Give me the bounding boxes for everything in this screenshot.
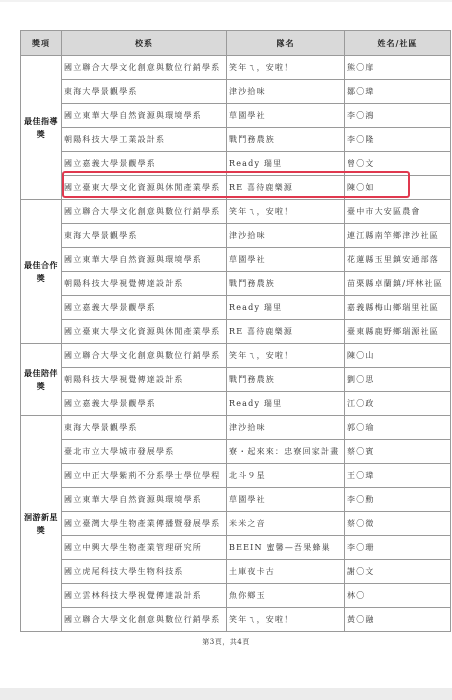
team-cell: 戰鬥務農族: [227, 368, 345, 392]
school-cell: 國立東華大學自然資源與環境學系: [62, 488, 227, 512]
table-row: 國立東華大學自然資源與環境學系草園學社李〇鴻: [21, 104, 451, 128]
header-name: 姓名/社區: [345, 31, 451, 56]
team-cell: 土庫夜卡古: [227, 560, 345, 584]
name-cell: 林〇: [345, 584, 451, 608]
page-number: 第3頁，共4頁: [0, 637, 452, 647]
team-cell: 草園學社: [227, 488, 345, 512]
name-cell: 蔡〇微: [345, 512, 451, 536]
team-cell: 津沙拾味: [227, 224, 345, 248]
table-row: 國立臺灣大學生物產業傳播暨發展學系米米之音蔡〇微: [21, 512, 451, 536]
school-cell: 國立中正大學紫荊不分系學士學位學程: [62, 464, 227, 488]
name-cell: 臺中市大安區農會: [345, 200, 451, 224]
school-cell: 國立嘉義大學景觀學系: [62, 392, 227, 416]
name-cell: 江〇政: [345, 392, 451, 416]
name-cell: 鄒〇瑋: [345, 80, 451, 104]
table-row: 最佳陪伴獎國立聯合大學文化創意與數位行銷學系笑年ㄟ，安啦！陳〇山: [21, 344, 451, 368]
table-row: 國立聯合大學文化創意與數位行銷學系笑年ㄟ，安啦！黃〇融: [21, 608, 451, 632]
table-row: 臺北市立大學城市發展學系寮・起來來：忠寮回家計畫蔡〇賓: [21, 440, 451, 464]
team-cell: RE 喜待鹿樂源: [227, 320, 345, 344]
name-cell: 謝〇文: [345, 560, 451, 584]
table-row: 國立東華大學自然資源與環境學系草園學社花蓮縣玉里鎮安通部落: [21, 248, 451, 272]
table-body: 最佳指導獎國立聯合大學文化創意與數位行銷學系笑年ㄟ，安啦！熊〇扉東海大學景觀學系…: [21, 56, 451, 632]
school-cell: 國立中興大學生物產業管理研究所: [62, 536, 227, 560]
table-row: 國立雲林科技大學視覺傳達設計系魚你鄉玉林〇: [21, 584, 451, 608]
name-cell: 黃〇融: [345, 608, 451, 632]
table-row: 國立中興大學生物產業管理研究所BEEIN 蜜馨—吾果蜂巢李〇珊: [21, 536, 451, 560]
school-cell: 東海大學景觀學系: [62, 224, 227, 248]
table-row: 國立臺東大學文化資源與休閒產業學系RE 喜待鹿樂源臺東縣鹿野鄉瑞源社區: [21, 320, 451, 344]
school-cell: 國立聯合大學文化創意與數位行銷學系: [62, 344, 227, 368]
team-cell: Ready 瑞里: [227, 152, 345, 176]
name-cell: 劉〇思: [345, 368, 451, 392]
school-cell: 朝陽科技大學視覺傳達設計系: [62, 368, 227, 392]
team-cell: Ready 瑞里: [227, 296, 345, 320]
school-cell: 國立聯合大學文化創意與數位行銷學系: [62, 56, 227, 80]
name-cell: 苗栗縣卓蘭鎮/坪林社區: [345, 272, 451, 296]
table-row: 國立嘉義大學景觀學系Ready 瑞里江〇政: [21, 392, 451, 416]
name-cell: 嘉義縣梅山鄉瑞里社區: [345, 296, 451, 320]
team-cell: 笑年ㄟ，安啦！: [227, 344, 345, 368]
name-cell: 蔡〇賓: [345, 440, 451, 464]
name-cell: 陳〇山: [345, 344, 451, 368]
school-cell: 國立臺東大學文化資源與休閒產業學系: [62, 176, 227, 200]
name-cell: 郭〇瑜: [345, 416, 451, 440]
team-cell: BEEIN 蜜馨—吾果蜂巢: [227, 536, 345, 560]
table-row: 國立臺東大學文化資源與休閒產業學系RE 喜待鹿樂源陳〇如: [21, 176, 451, 200]
table-row: 最佳合作獎國立聯合大學文化創意與數位行銷學系笑年ㄟ，安啦！臺中市大安區農會: [21, 200, 451, 224]
school-cell: 國立東華大學自然資源與環境學系: [62, 104, 227, 128]
name-cell: 李〇勳: [345, 488, 451, 512]
header-school: 校系: [62, 31, 227, 56]
school-cell: 國立虎尾科技大學生物科技系: [62, 560, 227, 584]
table-header: 獎項 校系 隊名 姓名/社區: [21, 31, 451, 56]
school-cell: 國立嘉義大學景觀學系: [62, 296, 227, 320]
table-row: 國立嘉義大學景觀學系Ready 瑞里嘉義縣梅山鄉瑞里社區: [21, 296, 451, 320]
school-cell: 國立臺灣大學生物產業傳播暨發展學系: [62, 512, 227, 536]
school-cell: 國立聯合大學文化創意與數位行銷學系: [62, 608, 227, 632]
team-cell: 草園學社: [227, 104, 345, 128]
school-cell: 國立雲林科技大學視覺傳達設計系: [62, 584, 227, 608]
name-cell: 王〇瑋: [345, 464, 451, 488]
award-category: 最佳陪伴獎: [21, 344, 62, 416]
name-cell: 陳〇如: [345, 176, 451, 200]
team-cell: 寮・起來來：忠寮回家計畫: [227, 440, 345, 464]
name-cell: 花蓮縣玉里鎮安通部落: [345, 248, 451, 272]
table-row: 東海大學景觀學系津沙拾味鄒〇瑋: [21, 80, 451, 104]
table-row: 朝陽科技大學視覺傳達設計系戰鬥務農族劉〇思: [21, 368, 451, 392]
school-cell: 東海大學景觀學系: [62, 80, 227, 104]
team-cell: 戰鬥務農族: [227, 128, 345, 152]
top-edge: [0, 0, 452, 2]
header-row: 獎項 校系 隊名 姓名/社區: [21, 31, 451, 56]
school-cell: 東海大學景觀學系: [62, 416, 227, 440]
team-cell: RE 喜待鹿樂源: [227, 176, 345, 200]
name-cell: 李〇隆: [345, 128, 451, 152]
table-row: 國立中正大學紫荊不分系學士學位學程北斗９星王〇瑋: [21, 464, 451, 488]
name-cell: 李〇珊: [345, 536, 451, 560]
name-cell: 臺東縣鹿野鄉瑞源社區: [345, 320, 451, 344]
awards-table: 獎項 校系 隊名 姓名/社區 最佳指導獎國立聯合大學文化創意與數位行銷學系笑年ㄟ…: [20, 30, 451, 632]
table-row: 朝陽科技大學工業設計系戰鬥務農族李〇隆: [21, 128, 451, 152]
school-cell: 國立臺東大學文化資源與休閒產業學系: [62, 320, 227, 344]
award-category: 洄游新星獎: [21, 416, 62, 632]
table-row: 東海大學景觀學系津沙拾味連江縣南竿鄉津沙社區: [21, 224, 451, 248]
name-cell: 李〇鴻: [345, 104, 451, 128]
table-row: 最佳指導獎國立聯合大學文化創意與數位行銷學系笑年ㄟ，安啦！熊〇扉: [21, 56, 451, 80]
table-row: 朝陽科技大學視覺傳達設計系戰鬥務農族苗栗縣卓蘭鎮/坪林社區: [21, 272, 451, 296]
header-team: 隊名: [227, 31, 345, 56]
table-row: 國立東華大學自然資源與環境學系草園學社李〇勳: [21, 488, 451, 512]
team-cell: 笑年ㄟ，安啦！: [227, 200, 345, 224]
name-cell: 熊〇扉: [345, 56, 451, 80]
school-cell: 國立東華大學自然資源與環境學系: [62, 248, 227, 272]
team-cell: 津沙拾味: [227, 416, 345, 440]
team-cell: 魚你鄉玉: [227, 584, 345, 608]
award-category: 最佳指導獎: [21, 56, 62, 200]
team-cell: 戰鬥務農族: [227, 272, 345, 296]
table-row: 國立虎尾科技大學生物科技系土庫夜卡古謝〇文: [21, 560, 451, 584]
school-cell: 國立嘉義大學景觀學系: [62, 152, 227, 176]
name-cell: 連江縣南竿鄉津沙社區: [345, 224, 451, 248]
team-cell: 笑年ㄟ，安啦！: [227, 56, 345, 80]
team-cell: 津沙拾味: [227, 80, 345, 104]
name-cell: 曾〇文: [345, 152, 451, 176]
header-award: 獎項: [21, 31, 62, 56]
team-cell: 草園學社: [227, 248, 345, 272]
table-row: 國立嘉義大學景觀學系Ready 瑞里曾〇文: [21, 152, 451, 176]
school-cell: 朝陽科技大學工業設計系: [62, 128, 227, 152]
team-cell: 北斗９星: [227, 464, 345, 488]
table-row: 洄游新星獎東海大學景觀學系津沙拾味郭〇瑜: [21, 416, 451, 440]
school-cell: 國立聯合大學文化創意與數位行銷學系: [62, 200, 227, 224]
school-cell: 朝陽科技大學視覺傳達設計系: [62, 272, 227, 296]
bottom-edge: [0, 688, 452, 700]
school-cell: 臺北市立大學城市發展學系: [62, 440, 227, 464]
team-cell: Ready 瑞里: [227, 392, 345, 416]
team-cell: 米米之音: [227, 512, 345, 536]
team-cell: 笑年ㄟ，安啦！: [227, 608, 345, 632]
award-category: 最佳合作獎: [21, 200, 62, 344]
